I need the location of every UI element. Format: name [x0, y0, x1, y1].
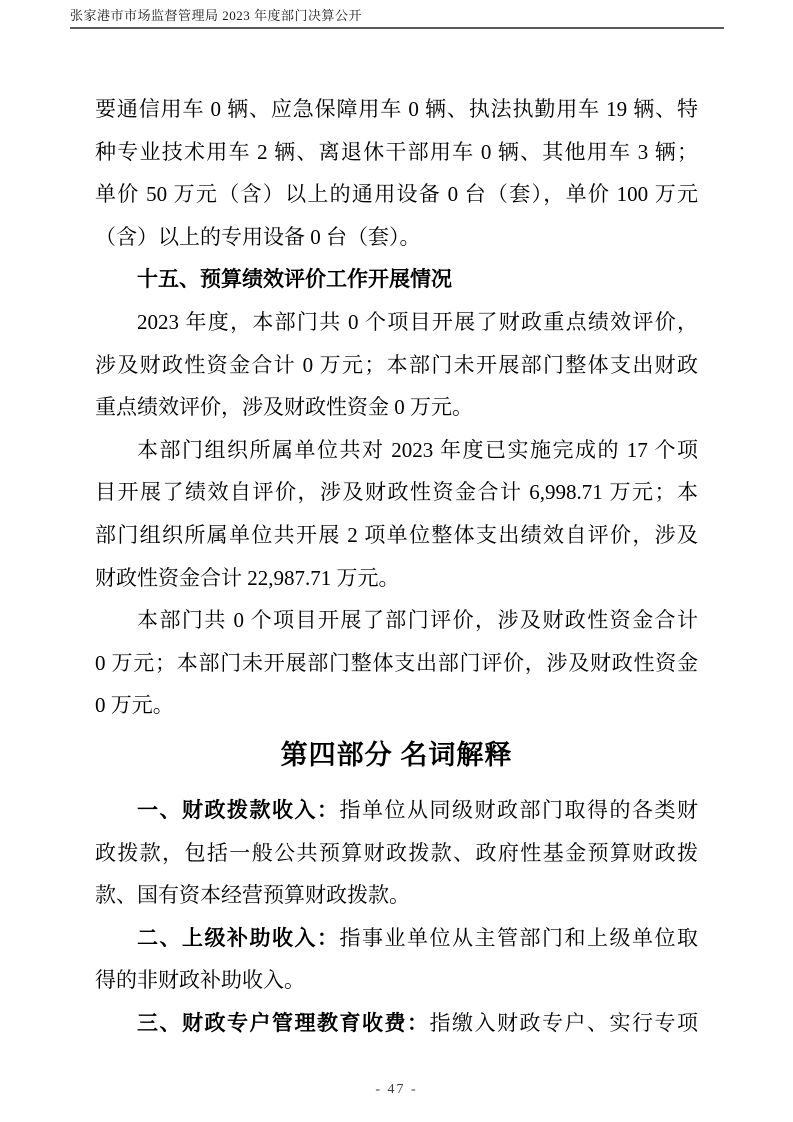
text-line: 本部门组织所属单位共对 2023 年度已实施完成的 17 个项 [95, 429, 698, 472]
text-run: 2023 年度，本部门共 0 个项目开展了财政重点绩效评价， [137, 310, 698, 334]
page-number: - 47 - [0, 1082, 793, 1098]
paragraph-vehicles-equipment: 要通信用车 0 辆、应急保障用车 0 辆、执法执勤用车 19 辆、特种专业技术用… [95, 88, 698, 258]
header-divider-rule [70, 27, 724, 29]
bold-term: 一、财政拨款收入： [137, 798, 340, 822]
definition-1-fiscal-appropriation-income: 一、财政拨款收入：指单位从同级财政部门取得的各类财政拨款，包括一般公共预算财政拨… [95, 789, 698, 917]
text-line: 得的非财政补助收入。 [95, 959, 698, 1002]
text-line: 款、国有资本经营预算财政拨款。 [95, 874, 698, 917]
bold-term: 三、财政专户管理教育收费： [137, 1011, 430, 1035]
text-run: 本部门组织所属单位共对 2023 年度已实施完成的 17 个项 [137, 438, 698, 462]
text-line: 三、财政专户管理教育收费：指缴入财政专户、实行专项 [95, 1002, 698, 1045]
text-run: 指缴入财政专户、实行专项 [430, 1011, 699, 1035]
text-run: 重点绩效评价，涉及财政性资金 0 万元。 [95, 395, 473, 419]
definition-2-superior-subsidy-income: 二、上级补助收入：指事业单位从主管部门和上级单位取得的非财政补助收入。 [95, 917, 698, 1002]
text-line: 一、财政拨款收入：指单位从同级财政部门取得的各类财 [95, 789, 698, 832]
text-run: 目开展了绩效自评价，涉及财政性资金合计 6,998.71 万元；本 [95, 480, 698, 504]
text-run: 要通信用车 0 辆、应急保障用车 0 辆、执法执勤用车 19 辆、特 [95, 97, 698, 121]
text-line: 部门组织所属单位共开展 2 项单位整体支出绩效自评价，涉及 [95, 514, 698, 557]
bold-term: 十五、预算绩效评价工作开展情况 [137, 267, 452, 291]
text-run: 指事业单位从主管部门和上级单位取 [340, 926, 699, 950]
text-line: 种专业技术用车 2 辆、离退休干部用车 0 辆、其他用车 3 辆； [95, 131, 698, 174]
text-run: 0 万元；本部门未开展部门整体支出部门评价，涉及财政性资金 [95, 651, 698, 675]
text-run: 财政性资金合计 22,987.71 万元。 [95, 566, 400, 590]
text-line: 0 万元；本部门未开展部门整体支出部门评价，涉及财政性资金 [95, 642, 698, 685]
text-line: 十五、预算绩效评价工作开展情况 [95, 258, 698, 301]
text-line: 单价 50 万元（含）以上的通用设备 0 台（套），单价 100 万元 [95, 173, 698, 216]
text-run: 部门组织所属单位共开展 2 项单位整体支出绩效自评价，涉及 [95, 523, 698, 547]
paragraph-key-performance-evaluation: 2023 年度，本部门共 0 个项目开展了财政重点绩效评价，涉及财政性资金合计 … [95, 301, 698, 429]
paragraph-department-evaluation: 本部门共 0 个项目开展了部门评价，涉及财政性资金合计0 万元；本部门未开展部门… [95, 599, 698, 727]
bold-term: 二、上级补助收入： [137, 926, 340, 950]
text-run: 政拨款，包括一般公共预算财政拨款、政府性基金预算财政拨 [95, 841, 698, 865]
text-line: 0 万元。 [95, 684, 698, 727]
text-line: （含）以上的专用设备 0 台（套）。 [95, 216, 698, 259]
running-header-title: 张家港市市场监督管理局 2023 年度部门决算公开 [70, 7, 724, 25]
text-line: 本部门共 0 个项目开展了部门评价，涉及财政性资金合计 [95, 599, 698, 642]
text-run: 单价 50 万元（含）以上的通用设备 0 台（套），单价 100 万元 [95, 182, 698, 206]
text-run: 指单位从同级财政部门取得的各类财 [340, 798, 699, 822]
section-heading-15: 十五、预算绩效评价工作开展情况 [95, 258, 698, 301]
text-line: 第四部分 名词解释 [95, 732, 698, 778]
text-line: 政拨款，包括一般公共预算财政拨款、政府性基金预算财政拨 [95, 832, 698, 875]
document-body: 要通信用车 0 辆、应急保障用车 0 辆、执法执勤用车 19 辆、特种专业技术用… [95, 88, 698, 1044]
document-page: 张家港市市场监督管理局 2023 年度部门决算公开 要通信用车 0 辆、应急保障… [0, 0, 793, 1122]
text-line: 目开展了绩效自评价，涉及财政性资金合计 6,998.71 万元；本 [95, 471, 698, 514]
text-run: 本部门共 0 个项目开展了部门评价，涉及财政性资金合计 [137, 608, 698, 632]
text-run: 款、国有资本经营预算财政拨款。 [95, 883, 410, 907]
text-line: 要通信用车 0 辆、应急保障用车 0 辆、执法执勤用车 19 辆、特 [95, 88, 698, 131]
text-run: 0 万元。 [95, 693, 174, 717]
bold-term: 第四部分 名词解释 [281, 740, 513, 770]
definition-3-education-fees: 三、财政专户管理教育收费：指缴入财政专户、实行专项 [95, 1002, 698, 1045]
text-line: 财政性资金合计 22,987.71 万元。 [95, 557, 698, 600]
part4-heading: 第四部分 名词解释 [95, 732, 698, 778]
paragraph-self-evaluation: 本部门组织所属单位共对 2023 年度已实施完成的 17 个项目开展了绩效自评价… [95, 429, 698, 599]
text-run: 种专业技术用车 2 辆、离退休干部用车 0 辆、其他用车 3 辆； [95, 140, 698, 164]
text-run: 涉及财政性资金合计 0 万元；本部门未开展部门整体支出财政 [95, 353, 698, 377]
text-run: 得的非财政补助收入。 [95, 968, 305, 992]
text-line: 二、上级补助收入：指事业单位从主管部门和上级单位取 [95, 917, 698, 960]
text-run: （含）以上的专用设备 0 台（套）。 [95, 225, 421, 249]
text-line: 涉及财政性资金合计 0 万元；本部门未开展部门整体支出财政 [95, 344, 698, 387]
text-line: 重点绩效评价，涉及财政性资金 0 万元。 [95, 386, 698, 429]
text-line: 2023 年度，本部门共 0 个项目开展了财政重点绩效评价， [95, 301, 698, 344]
